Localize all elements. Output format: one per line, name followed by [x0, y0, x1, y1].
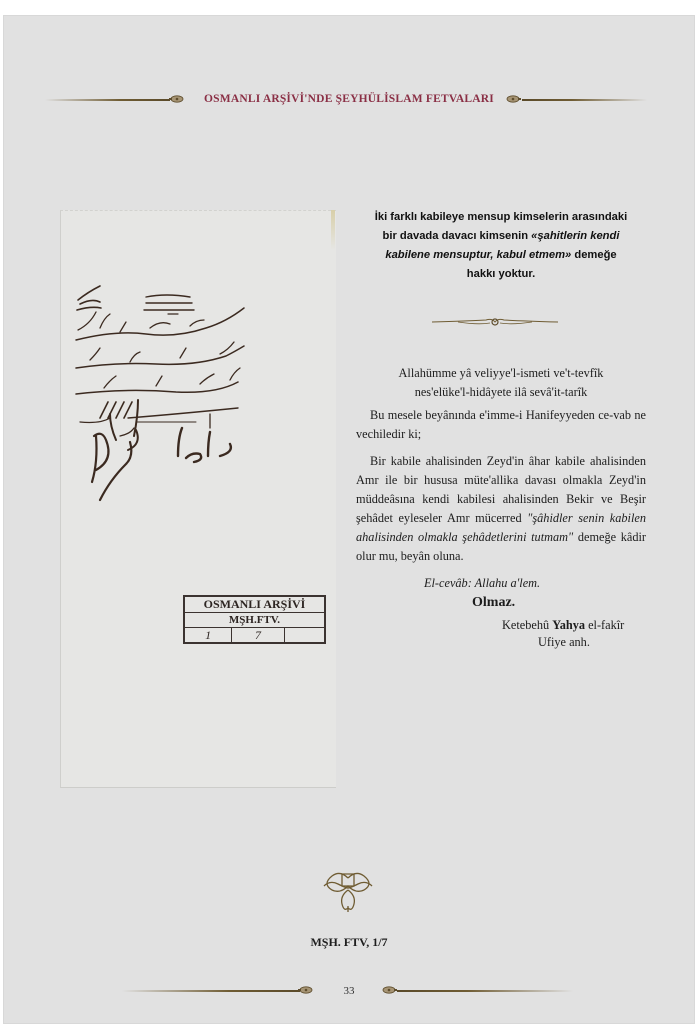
answer: Olmaz.	[472, 593, 572, 612]
invocation: Allahümme yâ veliyye'l-ismeti ve't-tevfî…	[356, 364, 646, 402]
summary-line-1: İki farklı kabileye mensup kimselerin ar…	[356, 208, 646, 227]
paper-edge	[331, 210, 335, 250]
summary-line-3: demeğe	[571, 249, 616, 261]
manuscript-handwriting	[60, 270, 336, 510]
signature: Ketebehû Yahya el-fakîr Ufiye anh.	[502, 617, 662, 651]
stamp-cell-3	[285, 628, 324, 643]
archive-stamp: OSMANLI ARŞİVİ MŞH.FTV. 1 7	[183, 595, 326, 644]
question-intro: Bu mesele beyânında e'imme-i Hanifeyyede…	[356, 406, 646, 444]
signature-prefix: Ketebehû	[502, 618, 552, 632]
summary-quote-part-1: «şahitlerin kendi	[531, 230, 619, 242]
summary-line-2: bir davada davacı kimsenin	[383, 230, 532, 242]
rule-finial-icon	[382, 986, 398, 994]
question-text: Bir kabile ahalisinden Zeyd'in âhar kabi…	[356, 452, 646, 566]
invocation-line-1: Allahümme yâ veliyye'l-ismeti ve't-tevfî…	[356, 364, 646, 383]
archive-reference: MŞH. FTV, 1/7	[0, 935, 698, 950]
stamp-archive-name: OSMANLI ARŞİVİ	[185, 597, 324, 613]
summary-quote-part-2: kabilene mensuptur, kabul etmem»	[385, 249, 571, 261]
header-rule-right	[522, 99, 647, 101]
flourish-divider-icon	[428, 315, 562, 329]
fatwa-summary: İki farklı kabileye mensup kimselerin ar…	[356, 208, 646, 284]
summary-line-4: hakkı yoktur.	[356, 265, 646, 284]
stamp-collection-code: MŞH.FTV.	[185, 613, 324, 628]
stamp-cell-1: 1	[185, 628, 232, 643]
rule-finial-icon	[506, 95, 522, 103]
signature-suffix: el-fakîr	[585, 618, 624, 632]
decorative-knot-icon	[320, 868, 376, 914]
footer-rule-right	[397, 990, 573, 992]
answer-intro: El-cevâb: Allahu a'lem.	[424, 574, 624, 593]
page-number: 33	[0, 985, 698, 997]
signature-line-2: Ufiye anh.	[502, 634, 662, 651]
invocation-line-2: nes'elüke'l-hidâyete ilâ sevâ'it-tarîk	[356, 383, 646, 402]
stamp-cell-2: 7	[232, 628, 284, 643]
signature-name: Yahya	[552, 618, 585, 632]
